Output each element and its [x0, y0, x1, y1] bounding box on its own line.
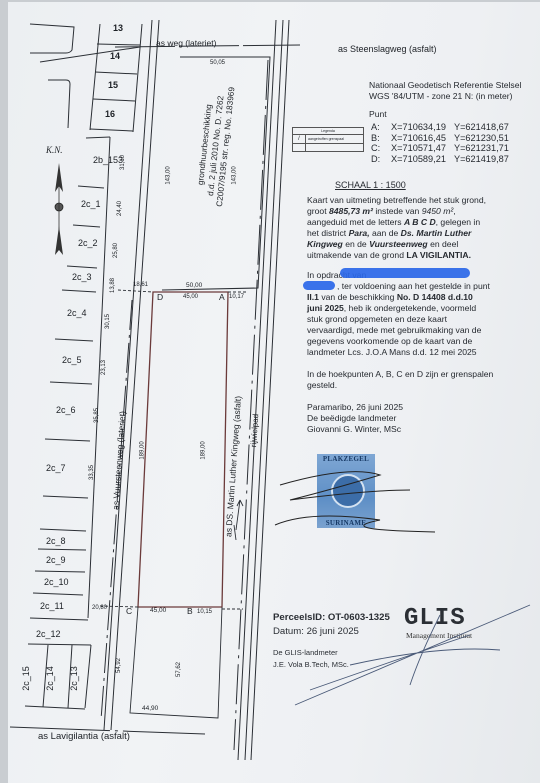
dimension-label: 33,35 — [87, 465, 98, 480]
lot-label: 2c_8 — [46, 536, 66, 547]
lot-label: 16 — [105, 109, 115, 120]
dimension-label: 24,40 — [115, 201, 126, 216]
lot-label: 2c_3 — [72, 272, 92, 283]
road-label-top: as weg (lateriet) — [156, 38, 216, 49]
road-label-steenslagweg: as Steenslagweg (asfalt) — [338, 44, 437, 55]
legend: Legenda / aangetroffen grenspaal — [292, 127, 364, 152]
signature-scribble — [270, 460, 450, 540]
lot-label: 14 — [110, 51, 120, 62]
reference-line: WGS '84/UTM - zone 21 N: (in meter) — [307, 91, 535, 102]
lot-label: 2c_10 — [44, 577, 69, 588]
dimension-label: 30,15 — [103, 314, 114, 329]
signature-scribble — [290, 595, 540, 715]
dimension-label: 50,00 — [186, 280, 202, 291]
corner-c: C — [126, 606, 132, 617]
dimension-label: 35,85 — [92, 408, 103, 423]
north-arrow-icon — [55, 163, 63, 255]
road-label-rijwielpad: rijwielpad — [248, 413, 261, 447]
lot-label: 2c_15 — [21, 666, 32, 691]
dimension-label: 54,92 — [114, 658, 125, 673]
redaction-mark — [340, 268, 470, 278]
dimension-label: 143,00 — [230, 166, 241, 184]
dimension-label: 25,80 — [111, 243, 122, 258]
lot-label: 2c_4 — [67, 308, 87, 319]
dimension-label: 13,88 — [108, 278, 119, 293]
dimension-label: 143,00 — [164, 166, 175, 184]
punt-label: Punt — [307, 109, 535, 120]
scale-label: SCHAAL 1 : 1500 — [335, 180, 540, 191]
legend-title: Legenda — [293, 128, 363, 135]
dimension-label: 10,15 — [197, 607, 212, 618]
dimension-label: 44,90 — [142, 703, 158, 714]
lot-label: 2c_9 — [46, 555, 66, 566]
lot-label: 2c_5 — [62, 355, 82, 366]
corner-b: B — [187, 606, 193, 617]
dimension-label: 23,13 — [99, 360, 110, 375]
dimension-label: 45,00 — [183, 292, 198, 303]
lot-label: 2c_2 — [78, 238, 98, 249]
legend-item: aangetroffen grenspaal — [306, 135, 363, 143]
coordinate-row: B:X=710616,45Y=621230,51 — [371, 133, 540, 144]
coordinate-row: C:X=710571,47Y=621231,71 — [371, 143, 540, 154]
dimension-label: 57,62 — [174, 662, 185, 677]
lot-label: 2c_1 — [81, 199, 101, 210]
lot-label: 2c_14 — [45, 666, 56, 691]
reference-line: Nationaal Geodetisch Referentie Stelsel — [307, 80, 535, 91]
dimension-label: 45,00 — [150, 605, 166, 616]
description-paragraph: Kaart van uitmeting betreffende het stuk… — [307, 195, 535, 261]
coordinate-row: A:X=710634,19Y=621418,67 — [371, 122, 540, 133]
corner-d: D — [157, 292, 163, 303]
reference-system: Nationaal Geodetisch Referentie Stelsel … — [307, 80, 535, 120]
assignment-paragraph: In opdracht van , ter voldoening aan het… — [307, 270, 535, 435]
dimension-label: 189,00 — [138, 441, 149, 459]
dimension-label: 20,80 — [92, 603, 107, 614]
redaction-mark — [303, 281, 335, 290]
dimension-label: 189,00 — [199, 441, 210, 459]
dimension-label: 10,17 — [229, 292, 244, 303]
dimension-label: 31,10 — [118, 155, 129, 170]
lot-label: 2c_12 — [36, 629, 61, 640]
lot-label: 2c_11 — [40, 601, 64, 612]
boundary-post-icon: / — [293, 135, 306, 143]
north-label: K.N. — [46, 145, 63, 156]
lot-label: 13 — [113, 23, 123, 34]
lot-label: 2c_13 — [69, 666, 80, 691]
road-label-lavigilantia: as Lavigilantia (asfalt) — [38, 731, 130, 742]
lot-label: 2c_6 — [56, 405, 76, 416]
lot-label: 15 — [108, 80, 118, 91]
lot-label: 2c_7 — [46, 463, 66, 474]
dimension-label: 50,05 — [210, 58, 225, 69]
dimension-label: 18,61 — [133, 280, 148, 291]
coordinate-row: D:X=710589,21Y=621419,87 — [371, 154, 540, 165]
coordinate-table: A:X=710634,19Y=621418,67 B:X=710616,45Y=… — [371, 122, 540, 164]
corner-a: A — [219, 292, 225, 303]
